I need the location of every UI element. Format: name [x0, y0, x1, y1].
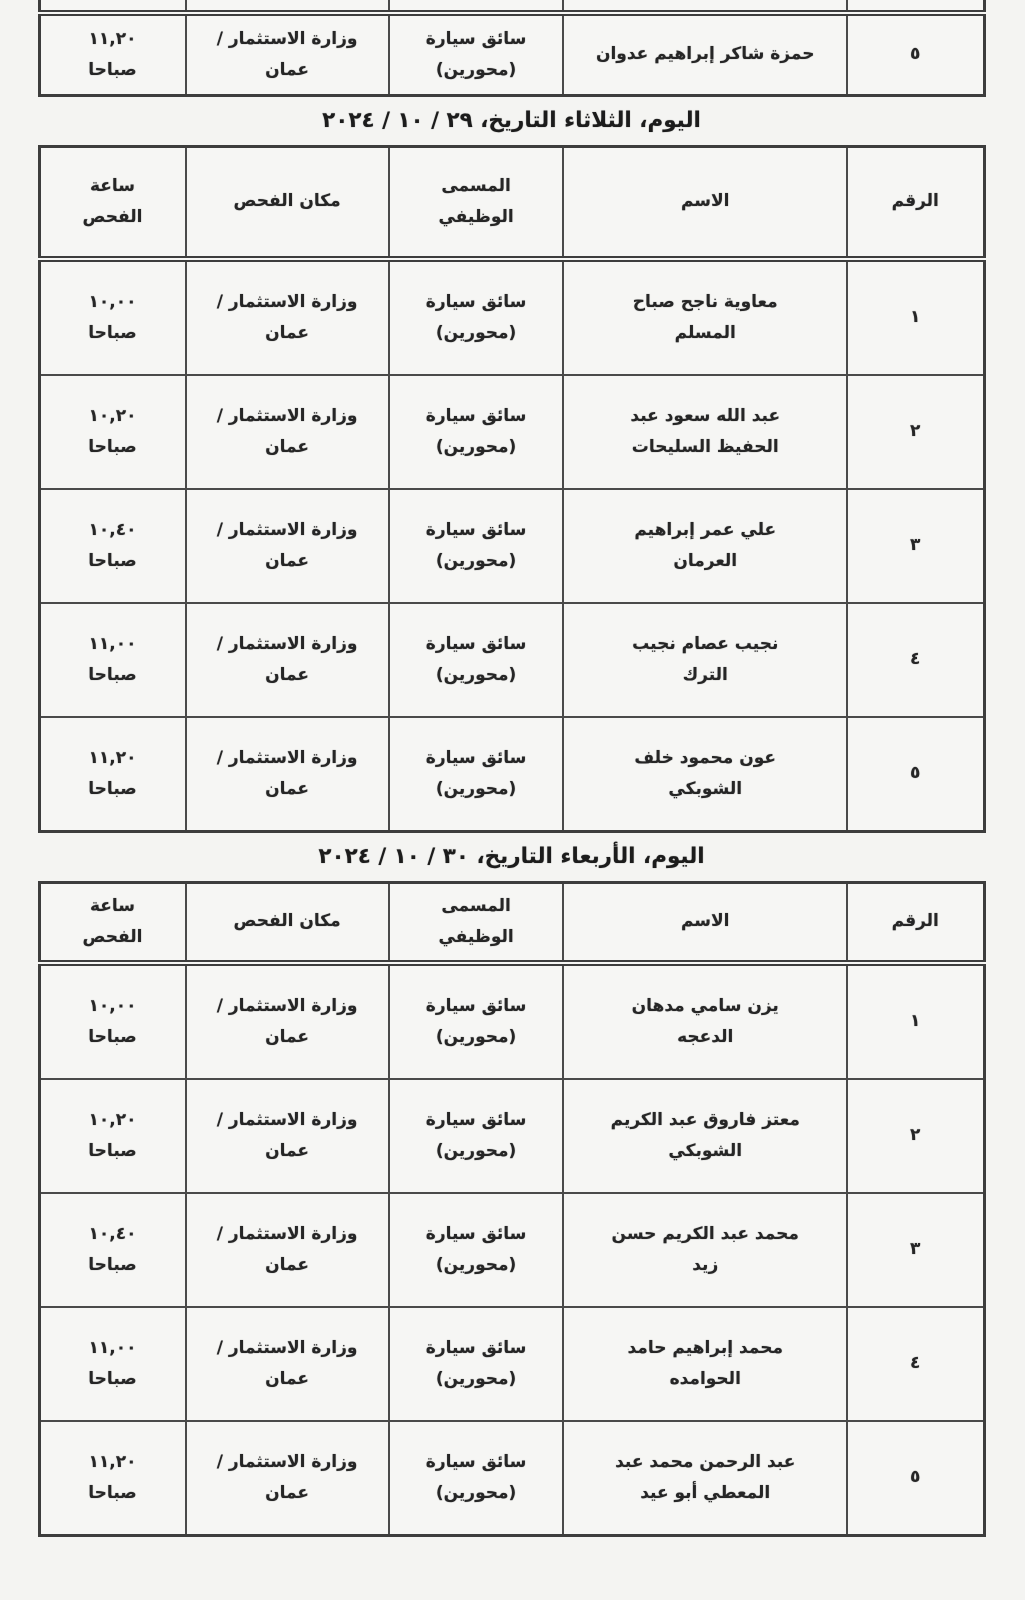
col-header-number: الرقم — [847, 883, 984, 964]
cell-name: معاوية ناجح صباح المسلم — [563, 259, 847, 375]
cell-job-title: سائق سيارة (محورين) — [389, 1079, 564, 1193]
table-row: ٥ عبد الرحمن محمد عبد المعطي أبو عيد سائ… — [39, 1421, 984, 1536]
cell-exam-time: ١٠,٢٠ صباحا — [39, 1079, 186, 1193]
cell-name: عبد الرحمن محمد عبد المعطي أبو عيد — [563, 1421, 847, 1536]
empty-cell — [389, 0, 564, 13]
cell-exam-location: وزارة الاستثمار / عمان — [186, 489, 389, 603]
table-row: ٤ محمد إبراهيم حامد الحوامده سائق سيارة … — [39, 1307, 984, 1421]
cell-name: عبد الله سعود عبد الحفيظ السليحات — [563, 375, 847, 489]
cell-name: محمد عبد الكريم حسن زيد — [563, 1193, 847, 1307]
cell-exam-location: وزارة الاستثمار / عمان — [186, 1421, 389, 1536]
cell-number: ٣ — [847, 489, 984, 603]
empty-cell — [847, 0, 984, 13]
cell-exam-location: وزارة الاستثمار / عمان — [186, 13, 389, 96]
cell-name: يزن سامي مدهان الدعجه — [563, 963, 847, 1079]
cell-exam-time: ١١,٢٠ صباحا — [39, 1421, 186, 1536]
cell-exam-time: ١٠,٠٠ صباحا — [39, 259, 186, 375]
cell-exam-location: وزارة الاستثمار / عمان — [186, 603, 389, 717]
cell-name: عون محمود خلف الشوبكي — [563, 717, 847, 832]
empty-cell — [186, 0, 389, 13]
table-row: ٣ محمد عبد الكريم حسن زيد سائق سيارة (مح… — [39, 1193, 984, 1307]
table-row: ٢ عبد الله سعود عبد الحفيظ السليحات سائق… — [39, 375, 984, 489]
cell-number: ٢ — [847, 375, 984, 489]
cell-job-title: سائق سيارة (محورين) — [389, 375, 564, 489]
cell-number: ٣ — [847, 1193, 984, 1307]
empty-cell — [39, 0, 186, 13]
cell-name: نجيب عصام نجيب الترك — [563, 603, 847, 717]
document-page: ٥ حمزة شاكر إبراهيم عدوان سائق سيارة (مح… — [38, 0, 988, 1537]
cell-job-title: سائق سيارة (محورين) — [389, 963, 564, 1079]
header-row: الرقم الاسم المسمى الوظيفي مكان الفحص سا… — [39, 883, 984, 964]
day-date-header-wednesday: اليوم، الأربعاء التاريخ، ٣٠ / ١٠ / ٢٠٢٤ — [38, 833, 986, 881]
col-header-name: الاسم — [563, 883, 847, 964]
header-row: الرقم الاسم المسمى الوظيفي مكان الفحص سا… — [39, 147, 984, 260]
col-header-name: الاسم — [563, 147, 847, 260]
col-header-number: الرقم — [847, 147, 984, 260]
cell-number: ٥ — [847, 13, 984, 96]
cut-off-row — [39, 0, 984, 13]
cell-exam-location: وزارة الاستثمار / عمان — [186, 963, 389, 1079]
cell-name: علي عمر إبراهيم العرمان — [563, 489, 847, 603]
table-row: ٥ عون محمود خلف الشوبكي سائق سيارة (محور… — [39, 717, 984, 832]
cell-exam-location: وزارة الاستثمار / عمان — [186, 717, 389, 832]
table-row: ٢ معتز فاروق عبد الكريم الشوبكي سائق سيا… — [39, 1079, 984, 1193]
cell-exam-time: ١٠,٤٠ صباحا — [39, 489, 186, 603]
cell-exam-location: وزارة الاستثمار / عمان — [186, 1079, 389, 1193]
table-row: ١ يزن سامي مدهان الدعجه سائق سيارة (محور… — [39, 963, 984, 1079]
cell-number: ١ — [847, 963, 984, 1079]
cell-exam-time: ١١,٢٠ صباحا — [39, 717, 186, 832]
cell-number: ٥ — [847, 1421, 984, 1536]
day-date-header-tuesday: اليوم، الثلاثاء التاريخ، ٢٩ / ١٠ / ٢٠٢٤ — [38, 97, 986, 145]
cell-number: ١ — [847, 259, 984, 375]
table-row: ٣ علي عمر إبراهيم العرمان سائق سيارة (مح… — [39, 489, 984, 603]
cell-job-title: سائق سيارة (محورين) — [389, 1421, 564, 1536]
cell-name: محمد إبراهيم حامد الحوامده — [563, 1307, 847, 1421]
empty-cell — [563, 0, 847, 13]
cell-exam-location: وزارة الاستثمار / عمان — [186, 259, 389, 375]
col-header-exam-time: ساعة الفحص — [39, 147, 186, 260]
schedule-table-wednesday: الرقم الاسم المسمى الوظيفي مكان الفحص سا… — [38, 881, 986, 1537]
cell-number: ٤ — [847, 603, 984, 717]
previous-day-table-fragment: ٥ حمزة شاكر إبراهيم عدوان سائق سيارة (مح… — [38, 0, 986, 97]
cell-exam-location: وزارة الاستثمار / عمان — [186, 1307, 389, 1421]
scanned-schedule-document: { "page": { "column_headers": { "number"… — [0, 0, 1025, 1600]
col-header-job-title: المسمى الوظيفي — [389, 883, 564, 964]
cell-job-title: سائق سيارة (محورين) — [389, 1307, 564, 1421]
col-header-exam-location: مكان الفحص — [186, 883, 389, 964]
cell-exam-location: وزارة الاستثمار / عمان — [186, 1193, 389, 1307]
cell-exam-time: ١١,٢٠ صباحا — [39, 13, 186, 96]
col-header-exam-location: مكان الفحص — [186, 147, 389, 260]
cell-exam-time: ١١,٠٠ صباحا — [39, 1307, 186, 1421]
cell-job-title: سائق سيارة (محورين) — [389, 259, 564, 375]
cell-number: ٤ — [847, 1307, 984, 1421]
cell-exam-time: ١١,٠٠ صباحا — [39, 603, 186, 717]
table-row: ٥ حمزة شاكر إبراهيم عدوان سائق سيارة (مح… — [39, 13, 984, 96]
cell-exam-time: ١٠,٤٠ صباحا — [39, 1193, 186, 1307]
cell-number: ٥ — [847, 717, 984, 832]
col-header-exam-time: ساعة الفحص — [39, 883, 186, 964]
cell-job-title: سائق سيارة (محورين) — [389, 489, 564, 603]
cell-exam-time: ١٠,٠٠ صباحا — [39, 963, 186, 1079]
cell-exam-location: وزارة الاستثمار / عمان — [186, 375, 389, 489]
cell-number: ٢ — [847, 1079, 984, 1193]
cell-exam-time: ١٠,٢٠ صباحا — [39, 375, 186, 489]
cell-job-title: سائق سيارة (محورين) — [389, 13, 564, 96]
cell-job-title: سائق سيارة (محورين) — [389, 603, 564, 717]
cell-job-title: سائق سيارة (محورين) — [389, 1193, 564, 1307]
col-header-job-title: المسمى الوظيفي — [389, 147, 564, 260]
cell-name: حمزة شاكر إبراهيم عدوان — [563, 13, 847, 96]
cell-job-title: سائق سيارة (محورين) — [389, 717, 564, 832]
cell-name: معتز فاروق عبد الكريم الشوبكي — [563, 1079, 847, 1193]
schedule-table-tuesday: الرقم الاسم المسمى الوظيفي مكان الفحص سا… — [38, 145, 986, 833]
table-row: ١ معاوية ناجح صباح المسلم سائق سيارة (مح… — [39, 259, 984, 375]
table-row: ٤ نجيب عصام نجيب الترك سائق سيارة (محوري… — [39, 603, 984, 717]
